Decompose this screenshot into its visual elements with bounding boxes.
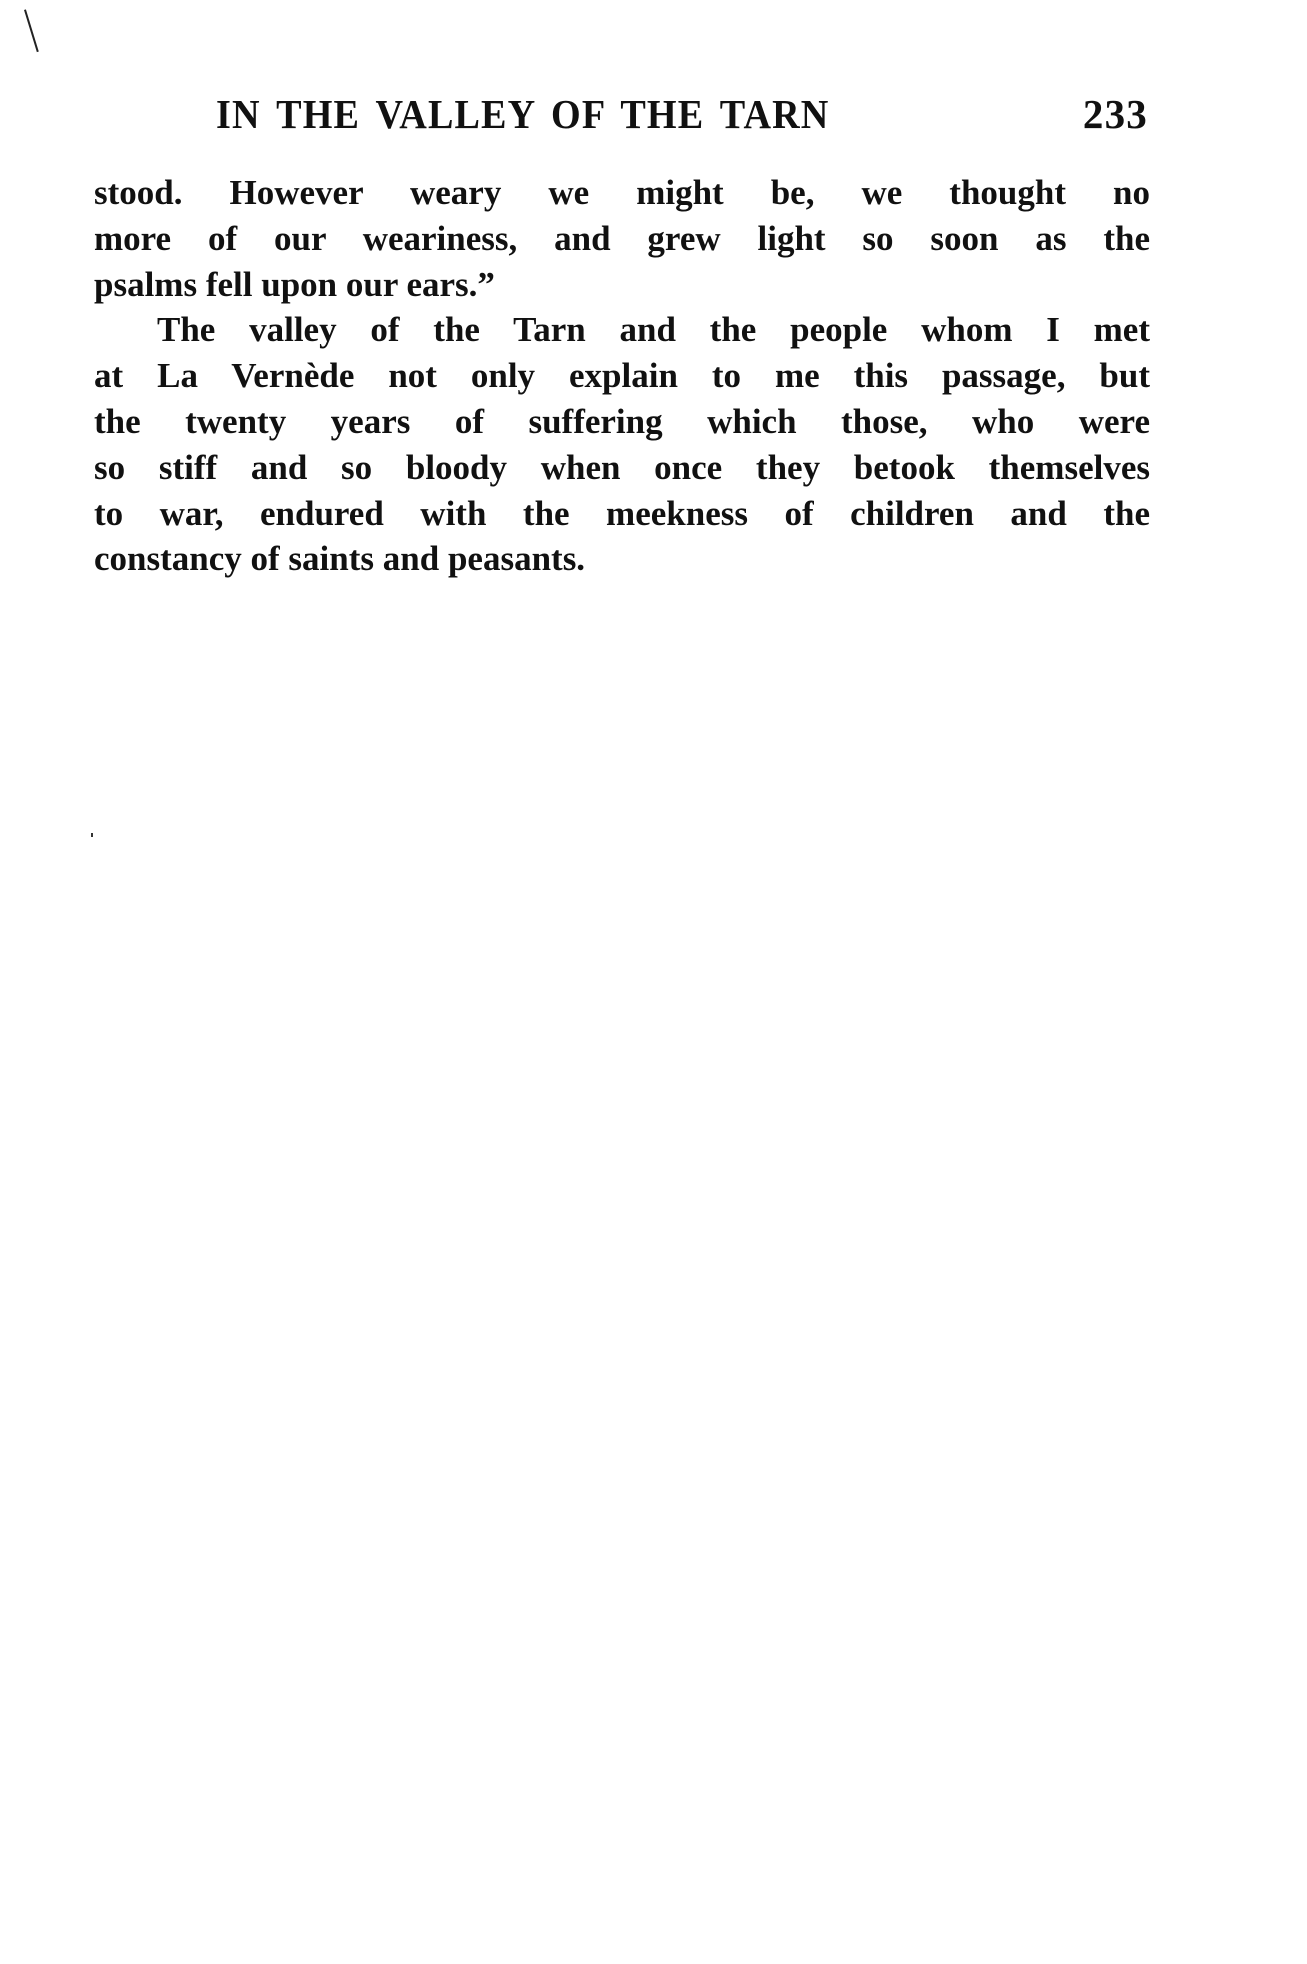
scan-artifact-mark <box>24 9 39 52</box>
body-text: stood. However weary we might be, we tho… <box>94 170 1150 582</box>
text-line: to war, endured with the meekness of chi… <box>94 491 1150 537</box>
running-head-title: IN THE VALLEY OF THE TARN <box>216 92 829 136</box>
scan-artifact-speck <box>91 833 93 837</box>
text-line: the twenty years of suffering which thos… <box>94 399 1150 445</box>
text-line: stood. However weary we might be, we tho… <box>94 170 1150 216</box>
text-line-paragraph-end: constancy of saints and peasants. <box>94 536 1150 582</box>
text-line-paragraph-start: The valley of the Tarn and the people wh… <box>94 307 1150 353</box>
text-line: at La Vernède not only explain to me thi… <box>94 353 1150 399</box>
page-number: 233 <box>1083 92 1148 136</box>
text-line: more of our weariness, and grew light so… <box>94 216 1150 262</box>
running-head: IN THE VALLEY OF THE TARN 233 <box>216 92 1150 136</box>
text-line: so stiff and so bloody when once they be… <box>94 445 1150 491</box>
text-line-paragraph-end: psalms fell upon our ears.” <box>94 262 1150 308</box>
book-page: IN THE VALLEY OF THE TARN 233 stood. How… <box>0 0 1307 1964</box>
